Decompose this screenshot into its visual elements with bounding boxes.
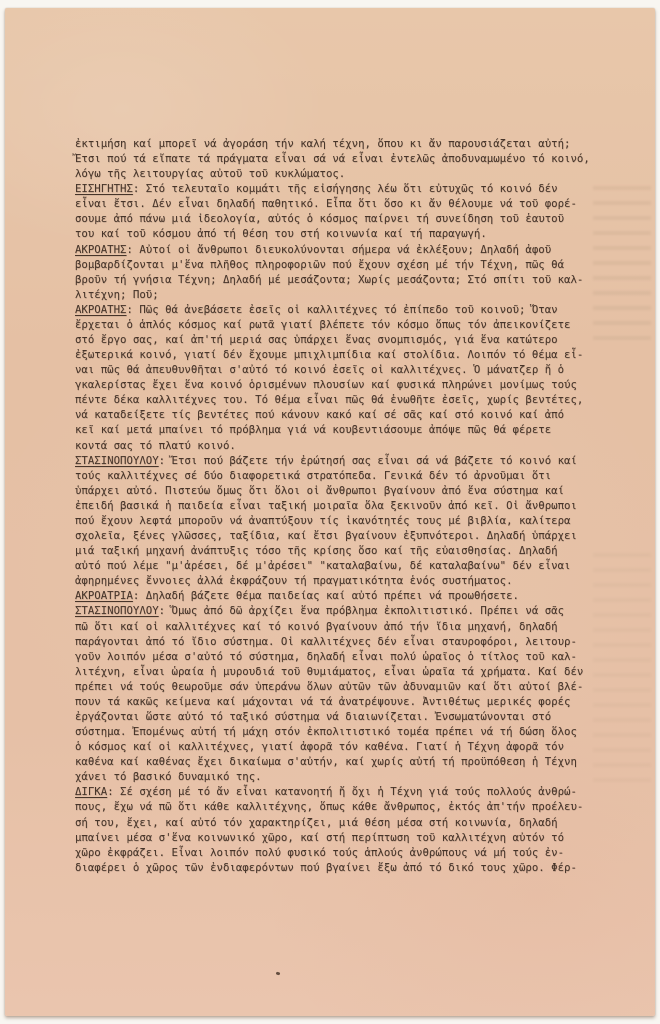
text-line: βροῦν τή γνήσια Τέχνη; Δηλαδή μέ μεσάζον…	[75, 272, 603, 287]
text-line: ἐξωτερικά κοινό, γιατί δέν ἔχουμε μπιχλι…	[75, 347, 603, 362]
text-line: κεῖ καί μετά μπαίνει τό πρόβλημα γιά νά …	[75, 422, 603, 437]
text-line: ὑπάρχει αὐτό. Πιστεύω ὅμως ὅτι ὅλοι οἱ ἄ…	[75, 483, 603, 498]
text-line: ἔρχεται ὁ ἁπλός κόσμος καί ρωτᾶ γιατί βλ…	[75, 317, 603, 332]
text-line: λιτέχνη; Ποῦ;	[75, 287, 603, 302]
typewritten-text-block: ἐκτιμήση καί μπορεῖ νά ἀγοράση τήν καλή …	[75, 136, 603, 875]
text-line: καθένα καί καθένας ἔχει δικαίωμα σ'αὐτήν…	[75, 754, 603, 769]
text-line: ΣΤΑΣΙΝΟΠΟΥΛΟΥ: Ἔτσι πού βάζετε τήν ἐρώτη…	[75, 453, 603, 468]
speaker-label: ΑΚΡΟΑΤΡΙΑ	[75, 589, 133, 602]
text-line: σουμε ἀπό πάνω μιά ἰδεολογία, αὐτός ὁ κό…	[75, 211, 603, 226]
text-line: ΣΤΑΣΙΝΟΠΟΥΛΟΥ: Ὅμως ἀπό δῶ ἀρχίζει ἕνα π…	[75, 603, 603, 618]
paper-sheet: ἐκτιμήση καί μπορεῖ νά ἀγοράση τήν καλή …	[5, 8, 655, 1016]
text-line: πουν τά κακῶς κείμενα καί μάχονται νά τά…	[75, 694, 603, 709]
text-line: βομβαρδίζονται μ'ἕνα πλῆθος πληροφοριῶν …	[75, 257, 603, 272]
scanned-page: ἐκτιμήση καί μπορεῖ νά ἀγοράση τήν καλή …	[0, 0, 660, 1024]
text-line: ἀφηρημένες ἔννοιες ἀλλά ἐκφράζουν τή πρα…	[75, 573, 603, 588]
text-line: χάνει τό βασικό δυναμικό της.	[75, 769, 603, 784]
speaker-label: ΔΙΓΚΑ	[75, 785, 107, 798]
speaker-label: ΣΤΑΣΙΝΟΠΟΥΛΟΥ	[75, 604, 159, 617]
text-line: παράγονται ἀπό τό ἴδιο σύστημα. Οἱ καλλι…	[75, 634, 603, 649]
text-line: χῶρο ἐκφράζει. Εἶναι λοιπόν πολύ φυσικό …	[75, 845, 603, 860]
text-line: λόγω τῆς λειτουργίας αὐτοῦ τοῦ κυκλώματο…	[75, 166, 603, 181]
text-line: ΑΚΡΟΑΤΗΣ: Πῶς θά ἀνεβάσετε ἐσεῖς οἱ καλλ…	[75, 302, 603, 317]
text-line: μιά ταξική μηχανή ἀνάπτυξις τόσο τῆς κρί…	[75, 543, 603, 558]
text-line: πους, ἔχω νά πῶ ὅτι κάθε καλλιτέχνης, ὅπ…	[75, 799, 603, 814]
speaker-label: ΣΤΑΣΙΝΟΠΟΥΛΟΥ	[75, 454, 159, 467]
text-line: σύστημα. Ἐπομένως αὐτή τή μάχη στόν ἐκπο…	[75, 724, 603, 739]
text-line: νά καταδείξετε τίς βεντέτες πού κάνουν κ…	[75, 407, 603, 422]
text-line: ἐργάζονται ὥστε αὐτό τό ταξικό σύστημα ν…	[75, 709, 603, 724]
text-line: γκαλερίστας ἔχει ἕνα κοινό ὁρισμένων πλο…	[75, 377, 603, 392]
text-line: πρέπει νά τούς θεωροῦμε σάν ὑπεράνω ὅλων…	[75, 679, 603, 694]
text-line: Ἔτσι πού τά εἴπατε τά πράγματα εἶναι σά …	[75, 151, 603, 166]
text-line: πού ἔχουν λεφτά μποροῦν νά ἀναπτύξουν τί…	[75, 513, 603, 528]
ink-speck	[276, 971, 281, 975]
text-line: στό ἔργο σας, καί ἀπ'τή μεριά σας ὑπάρχε…	[75, 332, 603, 347]
text-line: ναι πῶς θά ἀπευθυνθῆται σ'αὐτό τό κοινό …	[75, 362, 603, 377]
text-line: αὐτό πού λέμε "μ'ἀρέσει, δέ μ'ἀρέσει" "κ…	[75, 558, 603, 573]
speaker-label: ΑΚΡΟΑΤΗΣ	[75, 243, 126, 256]
text-line: πέντε δέκα καλλιτέχνες του. Τό θέμα εἶνα…	[75, 392, 603, 407]
speaker-label: ΑΚΡΟΑΤΗΣ	[75, 303, 126, 316]
text-line: του καί τοῦ κόσμου ἀπό τή θέση του στή κ…	[75, 226, 603, 241]
text-line: ἐπειδή βασικά ἡ παιδεία εἶναι ταξική μοι…	[75, 498, 603, 513]
text-line: ἐκτιμήση καί μπορεῖ νά ἀγοράση τήν καλή …	[75, 136, 603, 151]
text-line: ΑΚΡΟΑΤΡΙΑ: Δηλαδή βάζετε θέμα παιδείας κ…	[75, 588, 603, 603]
text-line: σχολεῖα, ξένες γλῶσσες, ταξίδια, καί ἔτσ…	[75, 528, 603, 543]
text-line: ΑΚΡΟΑΤΗΣ: Αὐτοί οἱ ἄνθρωποι διευκολύνοντ…	[75, 242, 603, 257]
text-line: ὁ κόσμος καί οἱ καλλιτέχνες, γιατί ἀφορᾶ…	[75, 739, 603, 754]
text-line: διαφέρει ὁ χῶρος τῶν ἐνδιαφερόντων πού β…	[75, 860, 603, 875]
text-line: μπαίνει μέσα σ'ἕνα κοινωνικό χῶρο, καί σ…	[75, 830, 603, 845]
text-line: κοντά σας τό πλατύ κοινό.	[75, 438, 603, 453]
text-line: ΕΙΣΗΓΗΤΗΣ: Στό τελευταῖο κομμάτι τῆς εἰσ…	[75, 181, 603, 196]
text-line: γοῦν λοιπόν μέσα σ'αὐτό τό σύστημα, δηλα…	[75, 649, 603, 664]
text-line: τούς καλλιτέχνες σέ δύο διαφορετικά στρα…	[75, 468, 603, 483]
text-line: λιτέχνη, εἶναι ὡραία ἡ μυρουδιά τοῦ θυμι…	[75, 664, 603, 679]
text-line: σή του, ἔχει, καί αὐτό τόν χαρακτηρίζει,…	[75, 815, 603, 830]
text-line: πῶ ὅτι καί οἱ καλλιτέχνες καί τό κοινό β…	[75, 619, 603, 634]
text-line: ΔΙΓΚΑ: Σέ σχέση μέ τό ἄν εἶναι κατανοητή…	[75, 784, 603, 799]
speaker-label: ΕΙΣΗΓΗΤΗΣ	[75, 182, 133, 195]
text-line: εἶναι ἔτσι. Δέν εἶναι δηλαδή παθητικό. Ε…	[75, 196, 603, 211]
